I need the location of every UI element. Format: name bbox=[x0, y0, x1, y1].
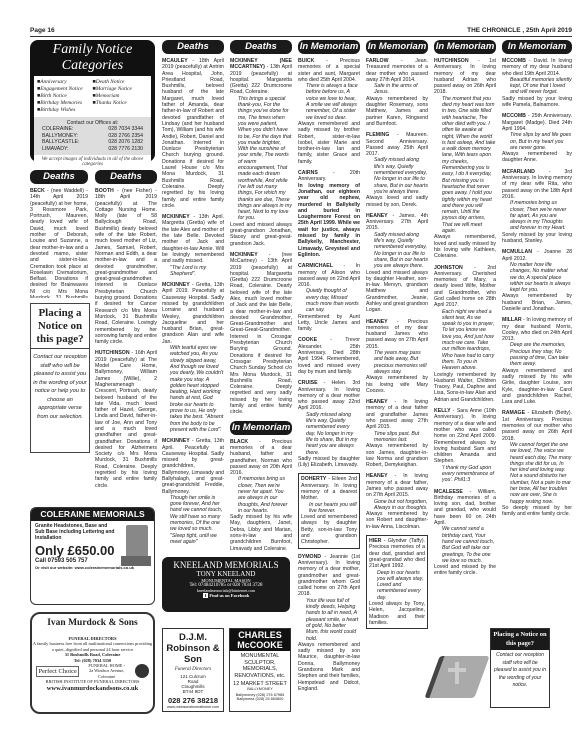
notice-bold-text: In loving memory of Jonathan, our eighte… bbox=[298, 183, 360, 259]
categories-title: Family Notice Categories bbox=[34, 42, 151, 74]
ad-phone: 028 276 38218 bbox=[163, 696, 223, 705]
notice-entry: MCKINNEY - (nee McCartney) - 13th April … bbox=[230, 252, 292, 416]
notice-entry: BOOTH - (nee Fisher) - 18th April 2019 (… bbox=[95, 188, 157, 345]
notice-name: KELLY bbox=[434, 408, 451, 414]
notice-verse: In our hearts you will live forever. bbox=[301, 502, 357, 515]
notice-text: HEANEY - In loving memory of a dear fath… bbox=[366, 473, 428, 498]
notice-text: MCKINNEY (NEE MCCARTNEY) - 13th April 20… bbox=[230, 58, 292, 96]
ad-title: CHARLES McCOOKE bbox=[230, 629, 290, 651]
notice-text: HIER - Glyndwr (Taffy). Precious memorie… bbox=[369, 538, 425, 569]
column-5: In MemoriamBUICK - Precious memories of … bbox=[298, 40, 360, 697]
facebook-icon: f bbox=[203, 593, 209, 598]
section-ribbon-deaths: Deaths bbox=[162, 40, 224, 54]
ad-title: KNEELAND MEMORIALS bbox=[162, 560, 290, 570]
notice-verse: Each night we shed a silent tear, As we … bbox=[434, 309, 496, 372]
category-item: Thanks Notice bbox=[93, 100, 149, 107]
section-ribbon-deaths: Deaths bbox=[95, 170, 157, 184]
notice-verse: Gone but not forgotten, Always in our th… bbox=[366, 499, 428, 512]
ad-text: Granite Headstones, Base and Sub Base in… bbox=[31, 521, 121, 543]
notice-entry: HUTCHINSON - 16th April 2019 (peacefully… bbox=[95, 350, 157, 489]
notice-text: MCFARLAND - 3rd Anniversary. In loving m… bbox=[502, 169, 572, 200]
ad-title: COLERAINE MEMORIALS bbox=[31, 508, 154, 521]
section-ribbon-memoriam: In Memoriam bbox=[230, 421, 292, 435]
placing-notice-box: Placing a Notice on this page? Contact o… bbox=[30, 303, 90, 453]
cross-icon-bar bbox=[448, 668, 466, 672]
notice-closing: Sadly missed by your loving wife Pamela,… bbox=[502, 96, 572, 109]
section-ribbon-deaths: Deaths bbox=[230, 40, 292, 54]
placing-title: Placing a Notice on this page? bbox=[31, 304, 89, 346]
notice-name: RAMAGE bbox=[502, 410, 525, 416]
notice-closing: Always remembered by daughter Rosemary, … bbox=[366, 96, 428, 127]
notice-text: MCCOMB - 25th Anniversary. Margaret (Mad… bbox=[502, 113, 572, 132]
notice-entry: BUICK - Precious memories of a special s… bbox=[298, 58, 360, 165]
notice-name: MCFARLAND bbox=[502, 169, 535, 175]
ad-subtitle: Funeral Directors bbox=[163, 667, 223, 672]
bifd-crest-icon bbox=[135, 664, 149, 678]
notice-name: DYMOND bbox=[298, 554, 321, 560]
category-item: Birthday Wishes bbox=[37, 107, 93, 114]
ad-coleraine-memorials[interactable]: COLERAINE MEMORIALS Granite Headstones, … bbox=[30, 507, 155, 605]
offices-box: Contact our Offices at: COLERAINE:028 70… bbox=[34, 117, 151, 155]
notice-entry: COOKE - Trevor Alexander. 25th Anniversa… bbox=[298, 337, 360, 375]
notice-entry: CAIRNS - 20th Anniversary.In loving memo… bbox=[298, 170, 360, 258]
notice-name: MCKINNEY bbox=[162, 282, 190, 288]
facebook-link[interactable]: f Find us on Facebook bbox=[162, 593, 290, 598]
notice-verse: Deep are the memories, Precious they sta… bbox=[502, 342, 572, 367]
notice-entry: MCAULEY - 18th April 2019 (peacefully) a… bbox=[162, 58, 224, 209]
notice-text: FARLOW - Jean. Treasured memories of a d… bbox=[366, 58, 428, 83]
paper-date: THE CHRONICLE , 25th April 2019 bbox=[467, 27, 572, 36]
notice-entry: MCMULLAN - Joanne 28 April 2012.No matte… bbox=[502, 249, 572, 312]
notice-verse: Your life was full of kindly deeds, Help… bbox=[298, 598, 360, 642]
column-1: DeathsBECK - (nee Waddell) - 14th April … bbox=[30, 170, 88, 298]
notice-text: FLEMING - Maureen. Second Anniversary. P… bbox=[366, 132, 428, 157]
notice-entry: HEANEY - In loving memory of a dear fath… bbox=[366, 473, 428, 530]
notice-closing: Always remembered and sadly missed by br… bbox=[298, 121, 360, 165]
category-item: Birth Notice bbox=[37, 93, 93, 100]
notice-text: MCALEESE - William. Birthday memories of… bbox=[434, 489, 496, 527]
notice-closing: Always remembered by daughter Anne. bbox=[502, 151, 572, 164]
notice-name: MCKINNEY (NEE MCCARTNEY) bbox=[230, 58, 292, 70]
notice-entry: BECK - (nee Waddell) - 14th April 2019 (… bbox=[30, 188, 88, 298]
notice-entry: FLEMING - Maureen. Second Anniversary. P… bbox=[366, 132, 428, 208]
notice-verse: Sadly missed along life's way, Quietly r… bbox=[366, 232, 428, 270]
notice-name: HUTCHINSON bbox=[95, 350, 130, 356]
notice-verse: Time slips past, But memories last. bbox=[366, 431, 428, 444]
notice-closing: Sorely missed by your loving husband, St… bbox=[502, 232, 572, 245]
office-phone: 028 7776 2130 bbox=[108, 146, 143, 152]
ad-charles-mccooke[interactable]: CHARLES McCOOKE MONUMENTAL SCULPTOR, MEM… bbox=[229, 628, 291, 712]
notice-verse: "The Lord is my Shepherd". bbox=[162, 265, 224, 278]
notice-name: HEANEY bbox=[366, 213, 388, 219]
notice-text: HEANEY - James. 4th Anniversary. 27th Ap… bbox=[366, 213, 428, 232]
notice-text: CARMICHAEL - In memory of Alison who pas… bbox=[298, 263, 360, 288]
notice-text: HUTCHINSON - 1st Anniversary. In loving … bbox=[434, 58, 496, 96]
notice-entry: MCCOMB - 25th Anniversary. Margaret (Mad… bbox=[502, 113, 572, 163]
notice-entry: MILLAR - In loving memory of my dear hus… bbox=[502, 317, 572, 405]
placing-body: Contact our reception staff who will be … bbox=[31, 348, 89, 425]
notice-text: MCAULEY - 18th April 2019 (peacefully) a… bbox=[162, 58, 224, 209]
notice-text: BOOTH - (nee Fisher) - 18th April 2019 (… bbox=[95, 188, 157, 345]
notice-name: BLACK bbox=[230, 439, 248, 445]
notice-name: MCKINNEY bbox=[162, 214, 190, 220]
notice-name: CAIRNS bbox=[298, 170, 318, 176]
column-7: In MemoriamHUTCHINSON - 1st Anniversary.… bbox=[434, 40, 496, 582]
ad-address: 121 Culcrum Road Cloughmills BT44 9DT bbox=[178, 674, 208, 694]
notice-verse: If memories bring us closer, Then we're … bbox=[502, 200, 572, 231]
office-town: LIMAVADY: bbox=[42, 146, 69, 152]
notice-name: HIER bbox=[369, 538, 381, 544]
notice-closing: Always remembered by son James, daughter… bbox=[366, 443, 428, 468]
notice-entry: CARMICHAEL - In memory of Alison who pas… bbox=[298, 263, 360, 332]
notice-name: MCKINNEY bbox=[230, 252, 258, 258]
notice-name: FLEMING bbox=[366, 132, 389, 138]
ad-kneeland-memorials[interactable]: KNEELAND MEMORIALS TONY KNEELAND MONUMEN… bbox=[162, 557, 290, 612]
notice-entry: JOHNSTON - 2nd Anniversary. Cherished me… bbox=[434, 265, 496, 404]
notice-entry: MCKINNEY (NEE MCCARTNEY) - 13th April 20… bbox=[230, 58, 292, 247]
notice-entry: HUTCHINSON - 1st Anniversary. In loving … bbox=[434, 58, 496, 260]
notice-text: MCKINNEY - Gretta, 13th April. Peacefull… bbox=[162, 438, 224, 495]
accept-images-note: We accept images of individuals in all o… bbox=[34, 155, 151, 169]
category-item: Memoriam bbox=[93, 93, 149, 100]
notice-text: MILLAR - In loving memory of my dear hus… bbox=[502, 317, 572, 342]
notice-entry: MCCOMB - David. In loving memory of my d… bbox=[502, 58, 572, 108]
notice-closing: Sadly missed by his wife May, daughters,… bbox=[230, 514, 292, 552]
notice-entry: RAMAGE - Elizabeth (Betty). 1st Annivers… bbox=[502, 410, 572, 517]
notice-closing: Loved and missed by the entire family ci… bbox=[434, 564, 496, 577]
notice-closing: Always remembered, loved and sadly misse… bbox=[434, 234, 496, 259]
notice-name: MCCOMB bbox=[502, 113, 526, 119]
notice-name: COOKE bbox=[298, 337, 317, 343]
notice-text: CAIRNS - 20th Anniversary. bbox=[298, 170, 360, 183]
notice-verse: There is always a face before before us,… bbox=[298, 83, 360, 121]
notice-name: BOOTH bbox=[95, 188, 114, 194]
notice-verse: No matter how life changes, No matter wh… bbox=[502, 262, 572, 293]
family-notice-categories: Family Notice Categories AnniversaryDeat… bbox=[30, 40, 155, 162]
notice-entry: FARLOW - Jean. Treasured memories of a d… bbox=[366, 58, 428, 127]
notice-verse: Sadly missed along life's way, Quietly r… bbox=[366, 157, 428, 195]
notice-text: MCMULLAN - Joanne 28 April 2012. bbox=[502, 249, 572, 262]
notice-closing: Always remembered and sadly missed by hi… bbox=[502, 368, 572, 406]
notice-verse: The moment that you died my heart was to… bbox=[434, 96, 496, 235]
notice-text: COOKE - Trevor Alexander. 25th Anniversa… bbox=[298, 337, 360, 375]
notice-name: CRUISE bbox=[298, 380, 318, 386]
placing-title: Placing a Notice on this page? bbox=[491, 629, 549, 650]
notice-closing: Lovingly remembered by Husband Walter, C… bbox=[434, 372, 496, 403]
notice-entry: CRUISE - Helen. 3rd Anniversary. In lovi… bbox=[298, 380, 360, 468]
categories-list: AnniversaryDeath NoticeEngagement Notice… bbox=[34, 76, 151, 117]
notice-verse: This brings a special thank-you, For the… bbox=[230, 96, 292, 222]
notice-closing: Always remembered and sadly missed by so… bbox=[298, 642, 360, 692]
section-ribbon-memoriam: In Memoriam bbox=[298, 40, 360, 54]
category-item: Anniversary bbox=[37, 79, 93, 86]
notice-entry: DOHERTY - Eileen 2nd Anniversary. In lov… bbox=[298, 473, 360, 548]
cross-icon bbox=[455, 662, 459, 684]
notice-verse: Sadly missed along life's way, Quietly r… bbox=[298, 412, 360, 456]
notice-name: BECK bbox=[30, 188, 45, 194]
notice-text: HUTCHINSON - 16th April 2019 (peacefully… bbox=[95, 350, 157, 489]
notice-text: JOHNSTON - 2nd Anniversary. Cherished me… bbox=[434, 265, 496, 309]
notice-entry: MCFARLAND - 3rd Anniversary. In loving m… bbox=[502, 169, 572, 245]
notice-closing: Always loved and sadly missed by son, De… bbox=[366, 195, 428, 208]
notice-entry: MCKINNEY - Gretta, 13th April. Peacefull… bbox=[162, 438, 224, 545]
notice-closing: Remembered by Aunt Letty, Uncle James an… bbox=[298, 314, 360, 333]
notice-verse: The years may pass and fade away, But pr… bbox=[366, 350, 428, 375]
notice-text: HEANEY - In loving memory of a dear fath… bbox=[366, 399, 428, 430]
ad-title: Ivan Murdock & Sons bbox=[32, 614, 153, 628]
ad-title: D.J.M. Robinson & Son bbox=[163, 632, 223, 665]
notice-verse: Safe in the arms of Jesus. bbox=[366, 83, 428, 96]
notice-entry: HEANEY - In loving memory of a dear fath… bbox=[366, 399, 428, 468]
notice-entry: MCKINNEY - Gretta, 13th April 2019. Peac… bbox=[162, 282, 224, 433]
notice-verse: If memories bring us closer, Then we're … bbox=[230, 476, 292, 514]
notice-name: CARMICHAEL bbox=[298, 263, 333, 269]
ad-tagline: A family business free from all multinat… bbox=[32, 641, 153, 652]
ad-subtitle: MONUMENTAL SCULPTOR, MEMORIALS, RENOVATI… bbox=[230, 653, 290, 679]
category-item: Death Notice bbox=[93, 79, 149, 86]
notice-closing: Always remembered by his loving wife Mar… bbox=[366, 375, 428, 394]
notice-name: MCMULLAN bbox=[502, 249, 532, 255]
perfect-choice-logo: Perfect Choice bbox=[36, 666, 78, 677]
notice-entry: HIER - Glyndwr (Taffy). Precious memorie… bbox=[366, 535, 428, 629]
facebook-label: Find us on Facebook bbox=[209, 593, 249, 598]
column-6: In MemoriamFARLOW - Jean. Treasured memo… bbox=[366, 40, 428, 634]
notice-entry: MCKINNEY - 13th April. Margretta (Gretta… bbox=[162, 214, 224, 277]
notice-text: MCKINNEY - (nee McCartney) - 13th April … bbox=[230, 252, 292, 416]
ad-djm-robinson[interactable]: D.J.M. Robinson & Son Funeral Directors … bbox=[162, 628, 224, 712]
notice-name: BUICK bbox=[298, 58, 314, 64]
category-item: Marriage Notice bbox=[93, 86, 149, 93]
notice-verse: With tearful eyes we watched you, As you… bbox=[162, 345, 224, 433]
notice-verse: Time slips by and life goes on, But in m… bbox=[502, 132, 572, 151]
notice-name: HEANEY bbox=[366, 319, 388, 325]
notice-text: MCKINNEY - Gretta, 13th April 2019. Peac… bbox=[162, 282, 224, 345]
notice-verse: We cannot forget the one we loved, The v… bbox=[502, 442, 572, 505]
notice-entry: BLACK - Precious memories of a dear husb… bbox=[230, 439, 292, 552]
notice-verse: Deep in our hearts you will always stay,… bbox=[369, 570, 425, 601]
notice-closing: Always remembered by husband Brian, Jame… bbox=[502, 293, 572, 312]
notice-name: MCAULEY bbox=[162, 58, 188, 64]
column-4: DeathsMCKINNEY (NEE MCCARTNEY) - 13th Ap… bbox=[230, 40, 292, 555]
notice-closing: Loved and missed always by daughter Heat… bbox=[366, 270, 428, 314]
category-item: Engagement Notice bbox=[37, 86, 93, 93]
notice-closing: Always remembered by son Robert and daug… bbox=[366, 511, 428, 530]
page-number: Page 16 bbox=[30, 27, 55, 36]
notice-entry: HEANEY - James. 4th Anniversary. 27th Ap… bbox=[366, 213, 428, 314]
notice-verse: Quietly thought of every day, Missed muc… bbox=[298, 288, 360, 313]
notice-name: FARLOW bbox=[366, 58, 388, 64]
funeral-home: FUNERAL HOME - 2a Windsor Avenue, Colera… bbox=[88, 663, 126, 679]
notice-verse: 'I thank my God upon every remembrance o… bbox=[434, 465, 496, 484]
notice-entry: HEANEY - Precious memories of my dear hu… bbox=[366, 319, 428, 395]
ad-name: TONY KNEELAND bbox=[162, 570, 290, 578]
section-ribbon-memoriam: In Memoriam bbox=[434, 40, 496, 54]
column-3: DeathsMCAULEY - 18th April 2019 (peacefu… bbox=[162, 40, 224, 550]
notice-text: BUICK - Precious memories of a special s… bbox=[298, 58, 360, 83]
notice-name: JOHNSTON bbox=[434, 265, 463, 271]
notice-name: MCALEESE bbox=[434, 489, 463, 495]
notice-closing: Loved always by Tony, Helen, Jacqueline,… bbox=[369, 601, 425, 626]
notice-text: RAMAGE - Elizabeth (Betty). 1st Annivers… bbox=[502, 410, 572, 441]
category-item: Birthday Memories bbox=[37, 100, 93, 107]
ad-website[interactable]: www.ivanmurdockandsons.co.uk bbox=[32, 685, 153, 692]
notice-name: MILLAR bbox=[502, 317, 522, 323]
placing-body: Contact our reception staff who will be … bbox=[491, 650, 549, 692]
notice-text: MCKINNEY - 13th April. Margretta (Gretta… bbox=[162, 214, 224, 264]
notice-verse: We cannot send a birthday card, Your han… bbox=[434, 526, 496, 564]
notice-name: MCCOMB bbox=[502, 58, 526, 64]
section-ribbon-memoriam: In Memoriam bbox=[502, 40, 572, 54]
notice-text: CRUISE - Helen. 3rd Anniversary. In lovi… bbox=[298, 380, 360, 411]
notice-name: HUTCHINSON bbox=[434, 58, 469, 64]
notice-entry: MCALEESE - William. Birthday memories of… bbox=[434, 489, 496, 577]
ad-phone-2: Ballymena (028) 25 863800 bbox=[230, 697, 290, 701]
headstone-image bbox=[126, 525, 148, 560]
notice-verse: Though her smile is gone forever, And he… bbox=[162, 495, 224, 545]
notice-verse: Beautiful memories silently kept, Of one… bbox=[502, 77, 572, 96]
notice-name: HEANEY bbox=[366, 399, 388, 405]
notice-text: MCCOMB - David. In loving memory of my d… bbox=[502, 58, 572, 77]
notice-name: HEANEY bbox=[366, 473, 388, 479]
placing-notice-box-2: Placing a Notice on this page? Contact o… bbox=[490, 628, 550, 708]
office-row: LIMAVADY:028 7776 2130 bbox=[42, 146, 143, 152]
ad-ivan-murdock[interactable]: Ivan Murdock & Sons FUNERAL DIRECTORS A … bbox=[30, 612, 155, 714]
notice-closing: So deeply missed by her family and entir… bbox=[502, 505, 572, 518]
section-ribbon-deaths: Deaths bbox=[30, 170, 88, 184]
notice-name: MCKINNEY bbox=[162, 438, 190, 444]
ad-town: BALLYMONEY bbox=[230, 687, 290, 691]
notice-text: HEANEY - Precious memories of my dear hu… bbox=[366, 319, 428, 350]
notice-entry: KELLY - Sara Anne (10th Anniversary). In… bbox=[434, 408, 496, 484]
ad-website[interactable]: www.robinsonsfuneralhome.com bbox=[163, 705, 223, 709]
notice-text: BECK - (nee Waddell) - 14th April 2019 (… bbox=[30, 188, 88, 298]
notice-text: BLACK - Precious memories of a dear husb… bbox=[230, 439, 292, 477]
notice-closing: Sadly missed by daughter (Lily) Elizabet… bbox=[298, 456, 360, 469]
notice-closing: Loved and remembered always by daughter … bbox=[301, 514, 357, 545]
section-ribbon-memoriam: In Memoriam bbox=[366, 40, 428, 54]
notice-closing: Loved and missed always great-grandson J… bbox=[230, 222, 292, 247]
bifd-label: BRITISH INSTITUTE OF FUNERAL DIRECTORS bbox=[32, 679, 153, 684]
notice-text: DYMOND - Jeannie (1st Anniversary). In l… bbox=[298, 554, 360, 598]
notice-text: DOHERTY - Eileen 2nd Anniversary. In lov… bbox=[301, 476, 357, 501]
notice-entry: DYMOND - Jeannie (1st Anniversary). In l… bbox=[298, 554, 360, 693]
column-2: DeathsBOOTH - (nee Fisher) - 18th April … bbox=[95, 170, 157, 494]
page-header: Page 16 THE CHRONICLE , 25th April 2019 bbox=[30, 27, 572, 37]
column-8: In MemoriamMCCOMB - David. In loving mem… bbox=[502, 40, 572, 522]
notice-text: KELLY - Sara Anne (10th Anniversary). In… bbox=[434, 408, 496, 465]
headstone-base bbox=[121, 556, 151, 566]
notice-name: DOHERTY bbox=[301, 476, 326, 482]
